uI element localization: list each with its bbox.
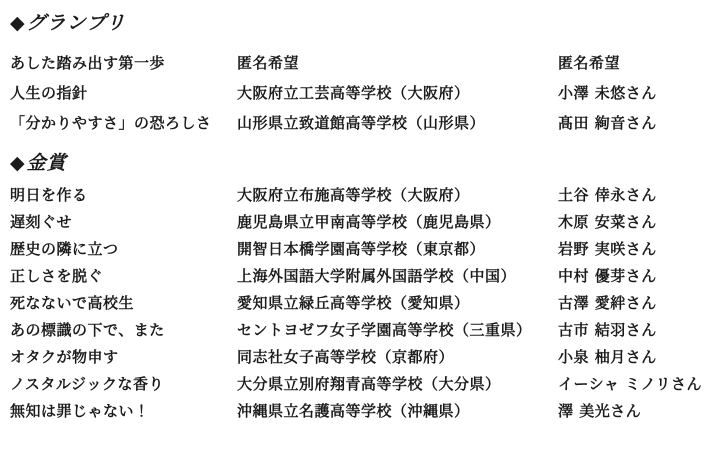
entry-school: 大分県立別府翔青高等学校（大分県） — [237, 371, 558, 398]
entry-name: 匿名希望 — [558, 48, 720, 78]
entry-name: 土谷 倖永さん — [558, 182, 720, 209]
section-heading-label: グランプリ — [27, 12, 126, 34]
entry-school: 大阪府立布施高等学校（大阪府） — [237, 182, 558, 209]
entry-name: 木原 安菜さん — [558, 209, 720, 236]
entry-row: 無知は罪じゃない！ 沖縄県立名護高等学校（沖縄県） 澤 美光さん — [10, 398, 720, 425]
entry-name: 古澤 愛絆さん — [558, 290, 720, 317]
entry-row: あした踏み出す第一歩 匿名希望 匿名希望 — [10, 48, 720, 78]
entry-name: 小泉 柚月さん — [558, 344, 720, 371]
entry-school: 大阪府立工芸高等学校（大阪府） — [237, 78, 558, 108]
entry-title: 歴史の隣に立つ — [10, 236, 237, 263]
section-heading-label: 金賞 — [27, 152, 67, 174]
entry-row: オタクが物申す 同志社女子高等学校（京都府） 小泉 柚月さん — [10, 344, 720, 371]
diamond-icon: ◆ — [10, 152, 26, 174]
entry-name: 中村 優芽さん — [558, 263, 720, 290]
entry-school: 開智日本橋学園高等学校（東京都） — [237, 236, 558, 263]
entry-title: 「分かりやすさ」の恐ろしさ — [10, 108, 237, 138]
entry-row: 明日を作る 大阪府立布施高等学校（大阪府） 土谷 倖永さん — [10, 182, 720, 209]
section-rows: あした踏み出す第一歩 匿名希望 匿名希望 人生の指針 大阪府立工芸高等学校（大阪… — [10, 48, 720, 138]
entry-name: 髙田 絢音さん — [558, 108, 720, 138]
entry-row: 遅刻ぐせ 鹿児島県立甲南高等学校（鹿児島県） 木原 安菜さん — [10, 209, 720, 236]
entry-title: ノスタルジックな香り — [10, 371, 237, 398]
section-heading: ◆金賞 — [10, 152, 720, 174]
section-heading: ◆グランプリ — [10, 12, 720, 34]
diamond-icon: ◆ — [10, 12, 26, 34]
entry-title: あした踏み出す第一歩 — [10, 48, 237, 78]
entry-school: 愛知県立緑丘高等学校（愛知県） — [237, 290, 558, 317]
entry-row: 死なないで高校生 愛知県立緑丘高等学校（愛知県） 古澤 愛絆さん — [10, 290, 720, 317]
entry-row: 「分かりやすさ」の恐ろしさ 山形県立致道館高等学校（山形県） 髙田 絢音さん — [10, 108, 720, 138]
entry-row: ノスタルジックな香り 大分県立別府翔青高等学校（大分県） イーシャ ミノリさん — [10, 371, 720, 398]
entry-school: 鹿児島県立甲南高等学校（鹿児島県） — [237, 209, 558, 236]
entry-school: 上海外国語大学附属外国語学校（中国） — [237, 263, 558, 290]
entry-title: あの標識の下で、また — [10, 317, 237, 344]
entry-title: 人生の指針 — [10, 78, 237, 108]
entry-title: 無知は罪じゃない！ — [10, 398, 237, 425]
entry-school: 沖縄県立名護高等学校（沖縄県） — [237, 398, 558, 425]
award-section: ◆金賞 明日を作る 大阪府立布施高等学校（大阪府） 土谷 倖永さん 遅刻ぐせ 鹿… — [10, 152, 720, 425]
entry-name: 小澤 未悠さん — [558, 78, 720, 108]
entry-school: 山形県立致道館高等学校（山形県） — [237, 108, 558, 138]
awards-list: ◆グランプリ あした踏み出す第一歩 匿名希望 匿名希望 人生の指針 大阪府立工芸… — [0, 0, 720, 425]
award-section: ◆グランプリ あした踏み出す第一歩 匿名希望 匿名希望 人生の指針 大阪府立工芸… — [10, 12, 720, 138]
entry-name: 岩野 実咲さん — [558, 236, 720, 263]
entry-row: 正しさを脱ぐ 上海外国語大学附属外国語学校（中国） 中村 優芽さん — [10, 263, 720, 290]
entry-row: 歴史の隣に立つ 開智日本橋学園高等学校（東京都） 岩野 実咲さん — [10, 236, 720, 263]
entry-title: 死なないで高校生 — [10, 290, 237, 317]
entry-row: あの標識の下で、また セントヨゼフ女子学園高等学校（三重県） 古市 結羽さん — [10, 317, 720, 344]
entry-school: 匿名希望 — [237, 48, 558, 78]
section-rows: 明日を作る 大阪府立布施高等学校（大阪府） 土谷 倖永さん 遅刻ぐせ 鹿児島県立… — [10, 182, 720, 425]
entry-title: 正しさを脱ぐ — [10, 263, 237, 290]
entry-name: 澤 美光さん — [558, 398, 720, 425]
entry-school: セントヨゼフ女子学園高等学校（三重県） — [237, 317, 558, 344]
entry-school: 同志社女子高等学校（京都府） — [237, 344, 558, 371]
entry-row: 人生の指針 大阪府立工芸高等学校（大阪府） 小澤 未悠さん — [10, 78, 720, 108]
entry-title: 遅刻ぐせ — [10, 209, 237, 236]
entry-title: 明日を作る — [10, 182, 237, 209]
entry-title: オタクが物申す — [10, 344, 237, 371]
entry-name: イーシャ ミノリさん — [558, 371, 720, 398]
entry-name: 古市 結羽さん — [558, 317, 720, 344]
